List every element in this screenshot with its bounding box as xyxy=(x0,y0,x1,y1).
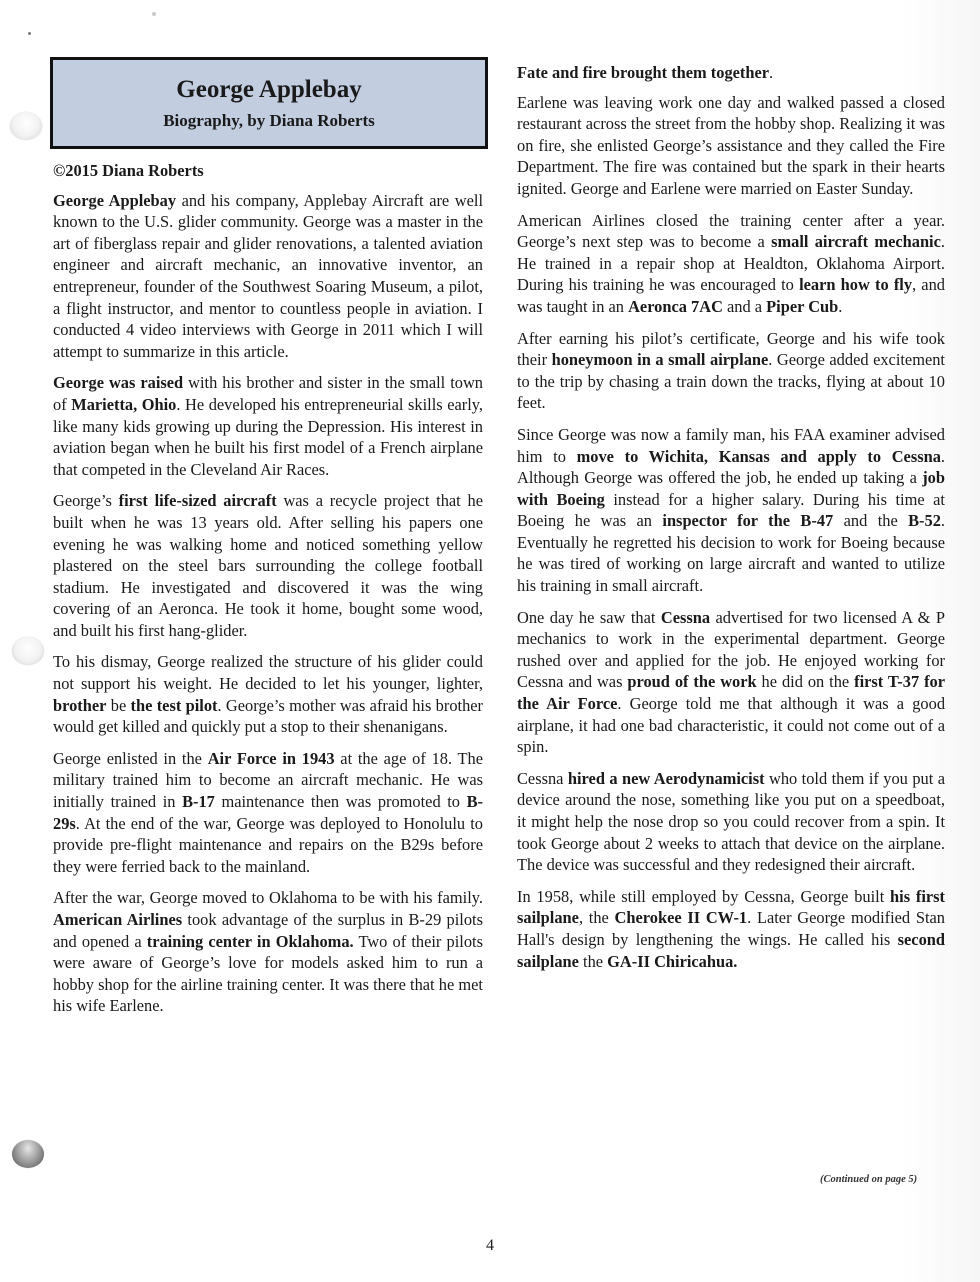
body-text: and his company, Applebay Air­craft are … xyxy=(53,191,483,361)
binder-hole-bottom xyxy=(12,1140,44,1168)
emphasis-text: honeymoon in a small airplane xyxy=(552,350,769,369)
body-paragraph: In 1958, while still employed by Cessna,… xyxy=(517,886,945,972)
body-text: was a recycle project that he built when… xyxy=(53,491,483,640)
emphasis-text: hired a new Aerodynamicist xyxy=(568,769,765,788)
left-paragraphs: George Applebay and his company, Appleba… xyxy=(53,190,483,1017)
section-heading: Fate and fire brought them together. xyxy=(517,62,945,84)
body-text: . At the end of the war, George was depl… xyxy=(53,814,483,876)
emphasis-text: George Applebay xyxy=(53,191,176,210)
body-paragraph: George was raised with his brother and s… xyxy=(53,372,483,480)
document-page: George Applebay Biography, by Diana Robe… xyxy=(0,0,980,1282)
body-paragraph: After the war, George moved to Oklahoma … xyxy=(53,887,483,1017)
binder-hole-middle xyxy=(12,637,44,665)
emphasis-text: Aeronca 7AC xyxy=(628,297,723,316)
body-text: . xyxy=(838,297,842,316)
body-text: To his dismay, George realized the struc… xyxy=(53,652,483,693)
body-paragraph: George enlisted in the Air Force in 1943… xyxy=(53,748,483,878)
page-number: 4 xyxy=(0,1237,980,1255)
emphasis-text: inspector for the B-47 xyxy=(662,511,833,530)
binder-hole-top xyxy=(10,112,42,140)
emphasis-text: small air­craft mechanic xyxy=(771,232,941,251)
body-text: the xyxy=(579,952,607,971)
body-text: George enlisted in the xyxy=(53,749,208,768)
body-text: Cessna xyxy=(517,769,568,788)
title-box: George Applebay Biography, by Diana Robe… xyxy=(50,57,488,149)
emphasis-text: George was raised xyxy=(53,373,183,392)
body-text: , the xyxy=(579,908,615,927)
body-text: Earlene was leaving work one day and wal… xyxy=(517,93,945,198)
emphasis-text: first life-sized aircraft xyxy=(119,491,277,510)
emphasis-text: training center in Oklahoma. xyxy=(147,932,354,951)
emphasis-text: Cherokee II CW-1 xyxy=(615,908,748,927)
emphasis-text: GA-II Chiricahua. xyxy=(607,952,737,971)
body-text: One day he saw that xyxy=(517,608,661,627)
continued-note: (Continued on page 5) xyxy=(820,1174,917,1185)
article-title: George Applebay xyxy=(53,75,485,105)
section-heading-text: Fate and fire brought them together xyxy=(517,63,769,82)
left-column: ©2015 Diana Roberts George Applebay and … xyxy=(53,160,483,1027)
body-paragraph: George’s first life-sized aircraft was a… xyxy=(53,490,483,641)
emphasis-text: B-52 xyxy=(908,511,941,530)
body-paragraph: George Applebay and his company, Appleba… xyxy=(53,190,483,363)
emphasis-text: Piper Cub xyxy=(766,297,838,316)
scan-speck xyxy=(152,12,156,16)
emphasis-text: learn how to fly xyxy=(799,275,912,294)
emphasis-text: brother xyxy=(53,696,106,715)
copyright-line: ©2015 Diana Roberts xyxy=(53,160,483,182)
body-paragraph: After earning his pilot’s certificate, G… xyxy=(517,328,945,414)
body-text: George’s xyxy=(53,491,119,510)
emphasis-text: move to Wichita, Kansas and apply to Ces… xyxy=(577,447,941,466)
body-paragraph: Earlene was leaving work one day and wal… xyxy=(517,92,945,200)
right-paragraphs: Earlene was leaving work one day and wal… xyxy=(517,92,945,973)
section-heading-period: . xyxy=(769,63,773,82)
emphasis-text: the test pilot xyxy=(131,696,218,715)
body-paragraph: To his dismay, George realized the struc… xyxy=(53,651,483,737)
body-text: and the xyxy=(833,511,908,530)
body-text: After the war, George moved to Oklahoma … xyxy=(53,888,483,907)
emphasis-text: B-17 xyxy=(182,792,215,811)
body-text: be xyxy=(106,696,130,715)
body-paragraph: American Airlines closed the training ce… xyxy=(517,210,945,318)
emphasis-text: Cessna xyxy=(661,608,710,627)
emphasis-text: Air Force in 1943 xyxy=(208,749,335,768)
body-text: maintenance then was promoted to xyxy=(215,792,467,811)
emphasis-text: proud of the work xyxy=(627,672,756,691)
emphasis-text: American Airlines xyxy=(53,910,182,929)
emphasis-text: Marietta, Ohio xyxy=(71,395,176,414)
body-paragraph: Cessna hired a new Aerodynamicist who to… xyxy=(517,768,945,876)
body-text: he did on the xyxy=(757,672,854,691)
body-paragraph: One day he saw that Cessna advertised fo… xyxy=(517,607,945,758)
body-text: In 1958, while still employed by Cessna,… xyxy=(517,887,890,906)
scan-speck xyxy=(28,32,31,35)
right-column: Fate and fire brought them together. Ear… xyxy=(517,62,945,982)
body-paragraph: Since George was now a family man, his F… xyxy=(517,424,945,597)
article-subtitle: Biography, by Diana Roberts xyxy=(53,110,485,132)
body-text: and a xyxy=(723,297,766,316)
